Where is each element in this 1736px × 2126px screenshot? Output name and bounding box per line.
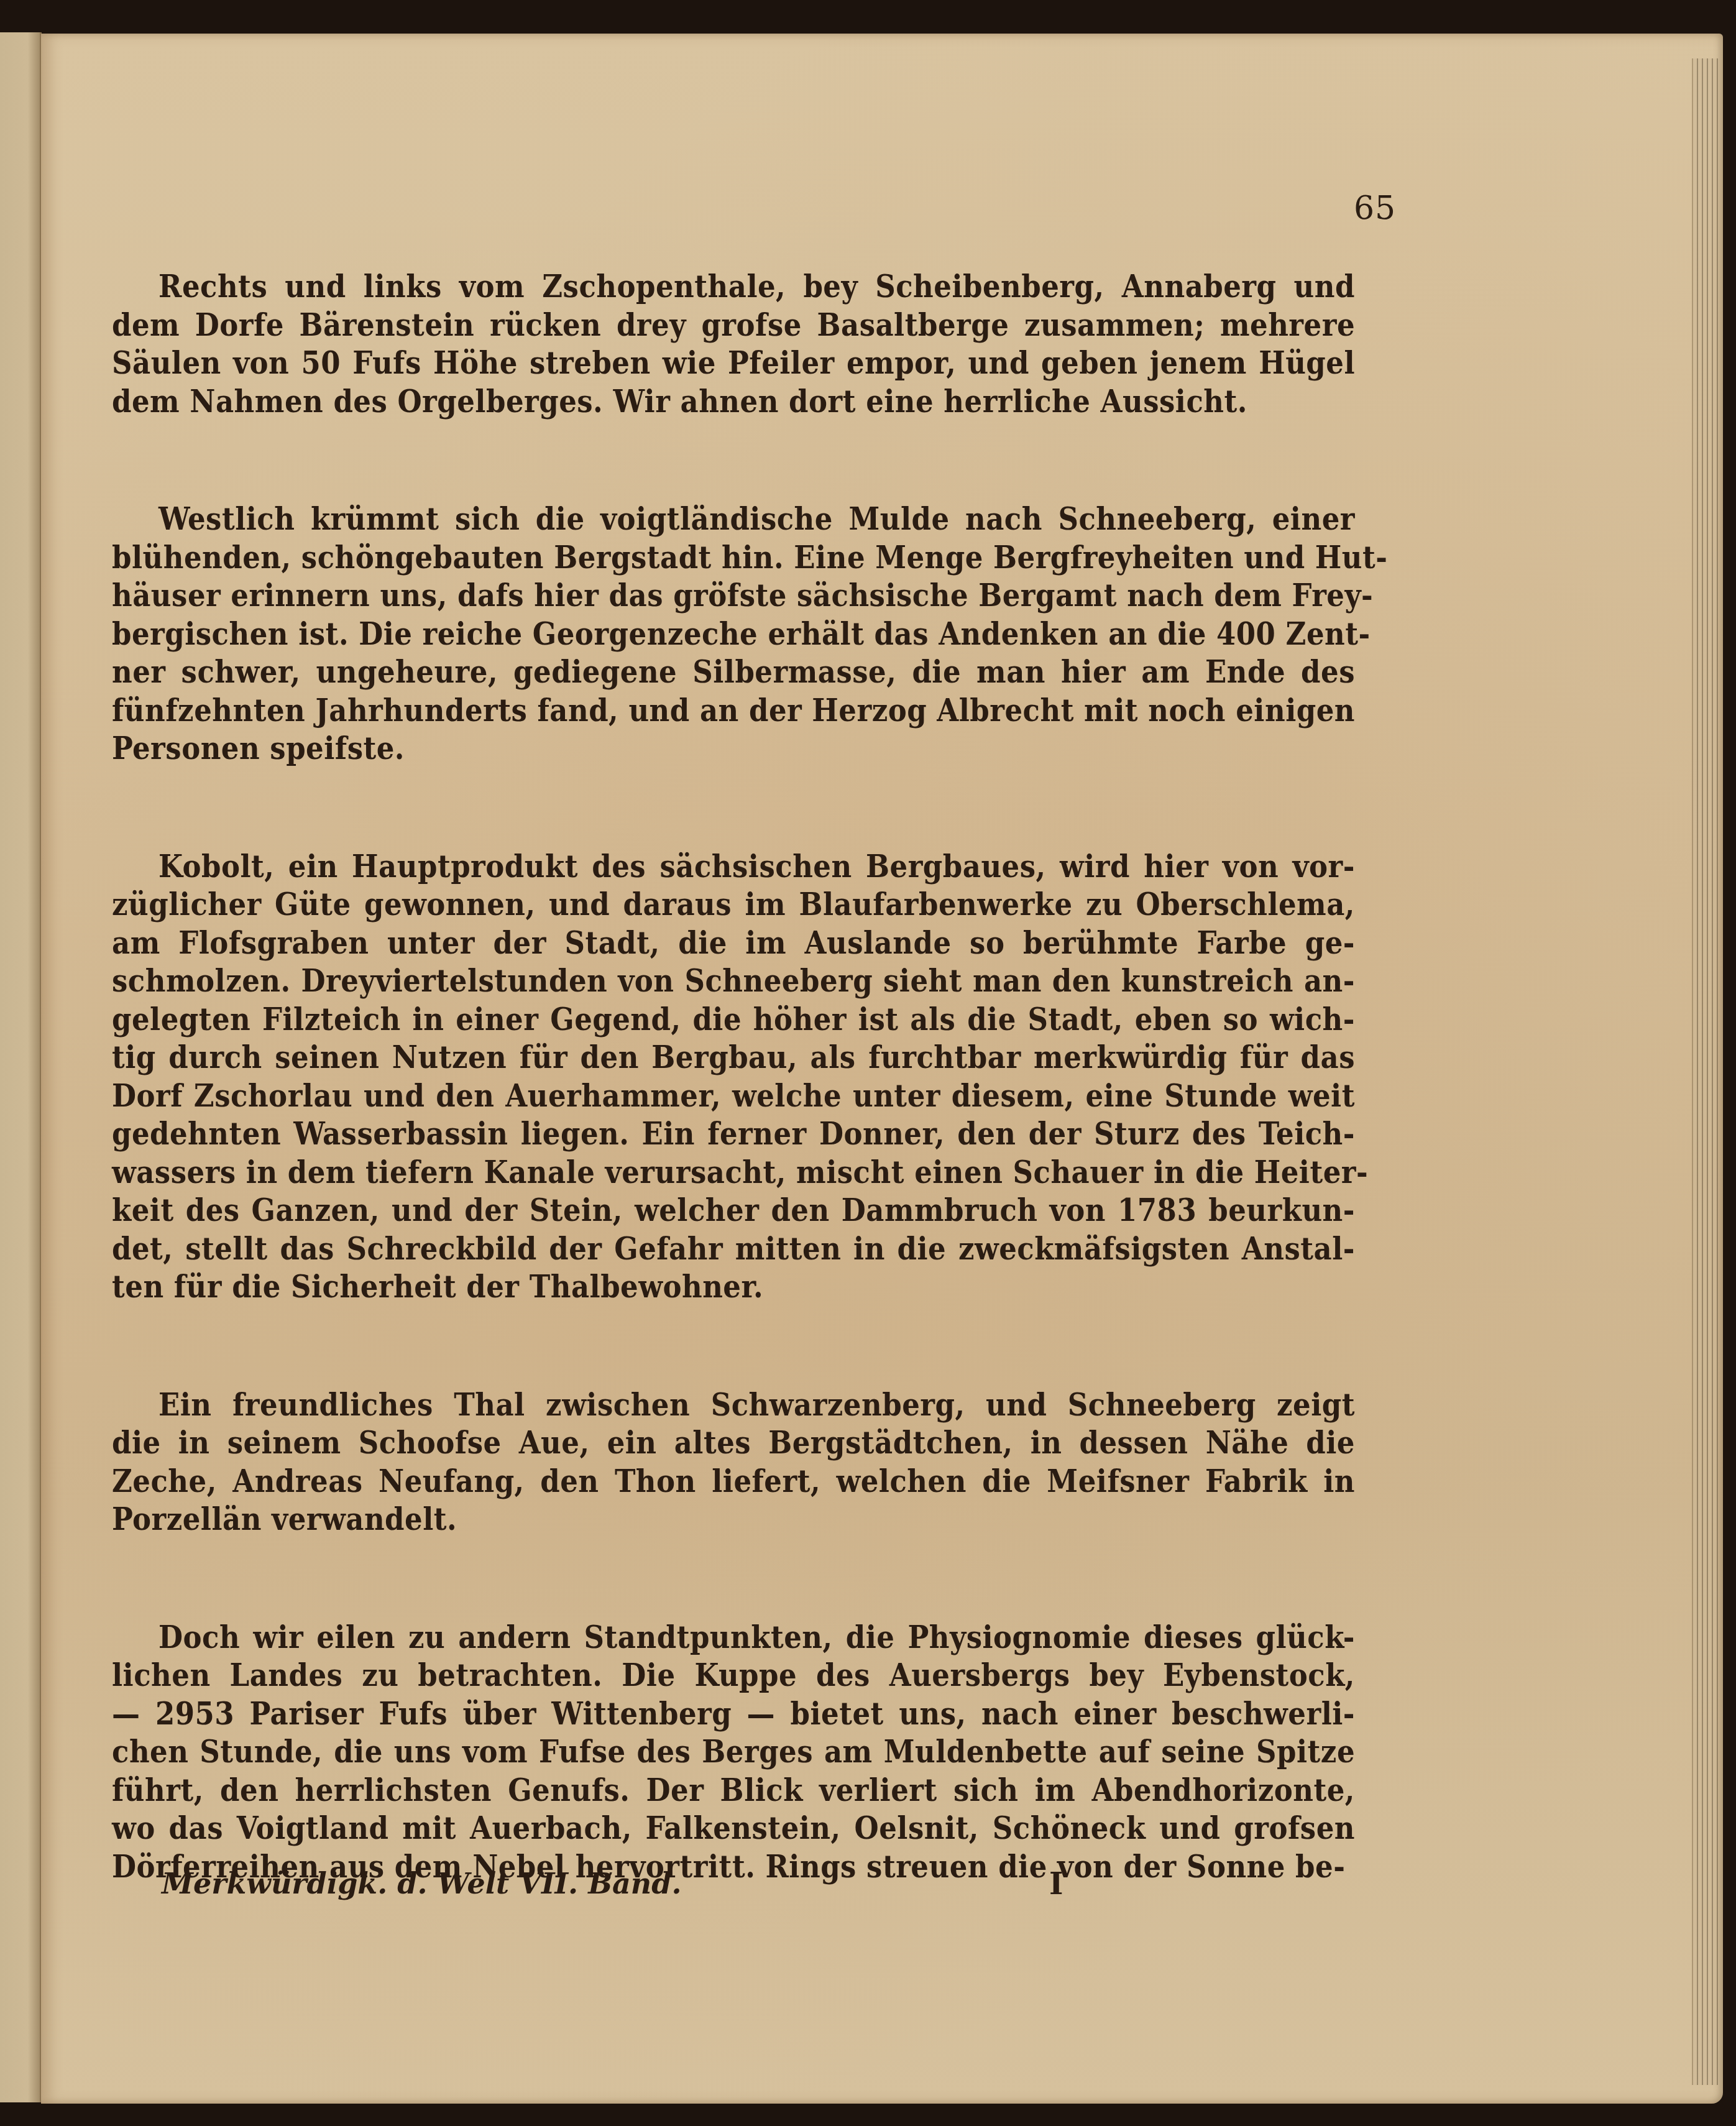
text-line: führt, den herrlichsten Genufs. Der Blic… [112, 1771, 1355, 1810]
paragraph: Doch wir eilen zu andern Standtpunkten, … [112, 1618, 1355, 1886]
text-line: Dorf Zschorlau und den Auerhammer, welch… [112, 1077, 1355, 1115]
text-line: — 2953 Pariser Fufs über Wittenberg — bi… [112, 1695, 1355, 1733]
page-footer: Merkwürdigk. d. Welt VII. Band. I [162, 1867, 1405, 1904]
text-line: keit des Ganzen, und der Stein, welcher … [112, 1191, 1355, 1230]
text-line: Rechts und links vom Zschopenthale, bey … [112, 267, 1355, 306]
text-line: Ein freundliches Thal zwischen Schwarzen… [112, 1386, 1355, 1424]
page-stack-edges [1692, 58, 1718, 2085]
paragraph: Ein freundliches Thal zwischen Schwarzen… [112, 1386, 1355, 1539]
text-line: Westlich krümmt sich die voigtländische … [112, 500, 1355, 538]
text-line: die in seinem Schoofse Aue, ein altes Be… [112, 1424, 1355, 1462]
text-line: am Flofsgraben unter der Stadt, die im A… [112, 924, 1355, 962]
text-line: tig durch seinen Nutzen für den Bergbau,… [112, 1038, 1355, 1077]
text-line: Kobolt, ein Hauptprodukt des sächsischen… [112, 847, 1355, 886]
text-line: schmolzen. Dreyviertelstunden von Schnee… [112, 962, 1355, 1000]
text-line: ten für die Sicherheit der Thalbewohner. [112, 1268, 1355, 1306]
text-line: Porzellän verwandelt. [112, 1500, 1355, 1539]
text-line: dem Dorfe Bärenstein rücken drey grofse … [112, 306, 1355, 344]
text-line: dem Nahmen des Orgelberges. Wir ahnen do… [112, 382, 1355, 421]
text-line: häuser erinnern uns, dafs hier das gröfs… [112, 576, 1355, 615]
text-line: Doch wir eilen zu andern Standtpunkten, … [112, 1618, 1355, 1657]
text-line: bergischen ist. Die reiche Georgenzeche … [112, 615, 1355, 653]
text-line: chen Stunde, die uns vom Fufse des Berge… [112, 1733, 1355, 1771]
text-line: Personen speifste. [112, 729, 1355, 768]
text-line: wo das Voigtland mit Auerbach, Falkenste… [112, 1809, 1355, 1848]
text-line: züglicher Güte gewonnen, und daraus im B… [112, 885, 1355, 924]
paragraph: Rechts und links vom Zschopenthale, bey … [112, 267, 1355, 420]
text-line: det, stellt das Schreckbild der Gefahr m… [112, 1230, 1355, 1268]
text-line: Säulen von 50 Fufs Höhe streben wie Pfei… [112, 344, 1355, 382]
text-line: gedehnten Wasserbassin liegen. Ein ferne… [112, 1115, 1355, 1153]
page-number: 65 [1354, 190, 1396, 227]
paragraph: Westlich krümmt sich die voigtländische … [112, 500, 1355, 768]
text-line: lichen Landes zu betrachten. Die Kuppe d… [112, 1656, 1355, 1695]
signature-mark: I [1049, 1867, 1063, 1902]
paragraph: Kobolt, ein Hauptprodukt des sächsischen… [112, 847, 1355, 1306]
text-line: ner schwer, ungeheure, gediegene Silberm… [112, 653, 1355, 691]
text-line: gelegten Filzteich in einer Gegend, die … [112, 1000, 1355, 1039]
text-line: fünfzehnten Jahrhunderts fand, und an de… [112, 691, 1355, 730]
body-text: Rechts und links vom Zschopenthale, bey … [112, 267, 1355, 1965]
volume-title: Merkwürdigk. d. Welt VII. Band. [162, 1867, 681, 1900]
adjacent-page-edge [0, 32, 42, 2102]
text-line: blühenden, schöngebauten Bergstadt hin. … [112, 538, 1355, 577]
text-line: Zeche, Andreas Neufang, den Thon liefert… [112, 1462, 1355, 1501]
text-line: wassers in dem tiefern Kanale verursacht… [112, 1153, 1355, 1192]
